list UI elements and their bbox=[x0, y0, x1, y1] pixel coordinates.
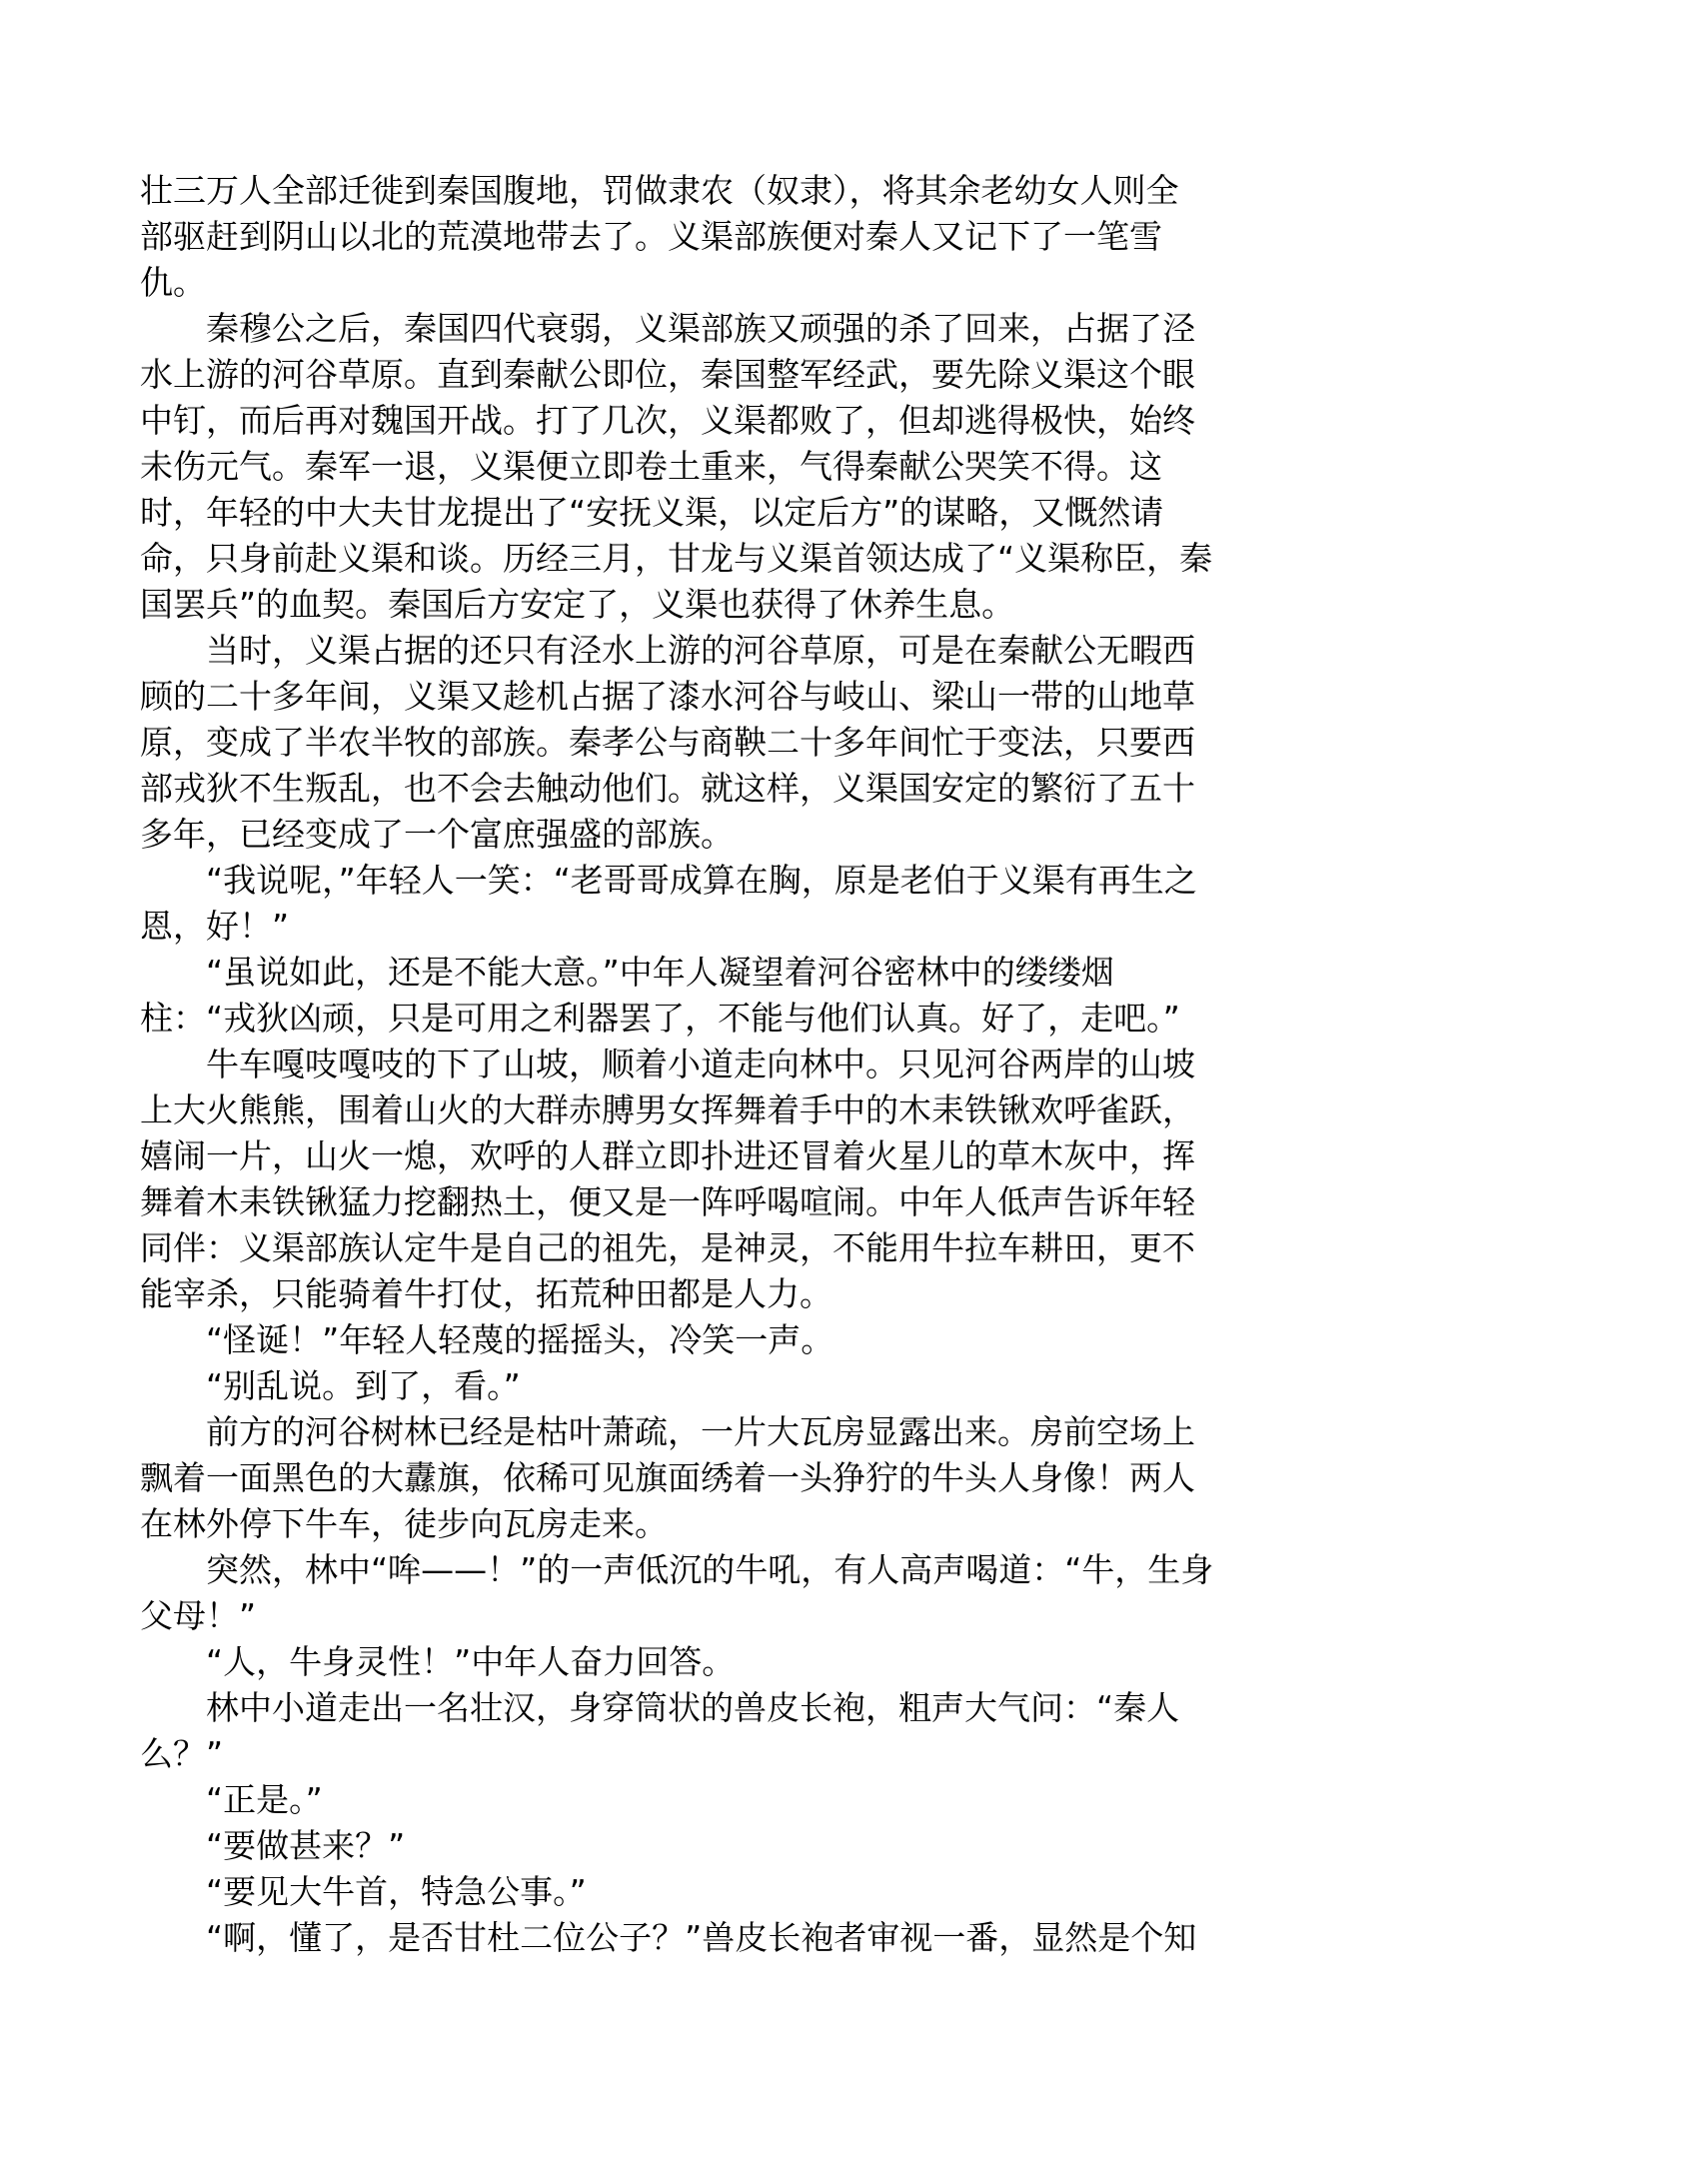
text-line: 在林外停下牛车，徒步向瓦房走来。 bbox=[140, 1501, 1249, 1547]
text-line: 同伴：义渠部族认定牛是自己的祖先，是神灵，不能用牛拉车耕田，更不 bbox=[140, 1225, 1249, 1271]
text-line: “别乱说。到了，看。” bbox=[140, 1363, 1249, 1409]
text-line: 部驱赶到阴山以北的荒漠地带去了。义渠部族便对秦人又记下了一笔雪 bbox=[140, 214, 1249, 260]
paragraph: “我说呢，”年轻人一笑：“老哥哥成算在胸，原是老伯于义渠有再生之恩，好！” bbox=[140, 858, 1249, 950]
text-line: “正是。” bbox=[140, 1777, 1249, 1823]
paragraph: “正是。” bbox=[140, 1777, 1249, 1823]
text-line: “要见大牛首，特急公事。” bbox=[140, 1869, 1249, 1915]
text-line: 嬉闹一片，山火一熄，欢呼的人群立即扑进还冒着火星儿的草木灰中，挥 bbox=[140, 1133, 1249, 1179]
text-line: 么？” bbox=[140, 1731, 1249, 1777]
text-line: “怪诞！”年轻人轻蔑的摇摇头，冷笑一声。 bbox=[140, 1317, 1249, 1363]
paragraph: 前方的河谷树林已经是枯叶萧疏，一片大瓦房显露出来。房前空场上飘着一面黑色的大纛旗… bbox=[140, 1409, 1249, 1547]
text-line: 水上游的河谷草原。直到秦献公即位，秦国整军经武，要先除义渠这个眼 bbox=[140, 352, 1249, 398]
paragraph: 林中小道走出一名壮汉，身穿筒状的兽皮长袍，粗声大气问：“秦人么？” bbox=[140, 1685, 1249, 1777]
text-line: 当时，义渠占据的还只有泾水上游的河谷草原，可是在秦献公无暇西 bbox=[140, 628, 1249, 674]
paragraph: “人，牛身灵性！”中年人奋力回答。 bbox=[140, 1639, 1249, 1685]
text-line: 顾的二十多年间，义渠又趁机占据了漆水河谷与岐山、梁山一带的山地草 bbox=[140, 674, 1249, 720]
text-line: “啊，懂了，是否甘杜二位公子？”兽皮长袍者审视一番，显然是个知 bbox=[140, 1915, 1249, 1961]
text-line: 命，只身前赴义渠和谈。历经三月，甘龙与义渠首领达成了“义渠称臣，秦 bbox=[140, 536, 1249, 582]
text-line: 牛车嘎吱嘎吱的下了山坡，顺着小道走向林中。只见河谷两岸的山坡 bbox=[140, 1042, 1249, 1088]
text-line: 突然，林中“哞——！”的一声低沉的牛吼，有人高声喝道：“牛，生身 bbox=[140, 1547, 1249, 1593]
text-line: 秦穆公之后，秦国四代衰弱，义渠部族又顽强的杀了回来，占据了泾 bbox=[140, 306, 1249, 352]
text-line: 壮三万人全部迁徙到秦国腹地，罚做隶农（奴隶），将其余老幼女人则全 bbox=[140, 168, 1249, 214]
paragraph: “啊，懂了，是否甘杜二位公子？”兽皮长袍者审视一番，显然是个知 bbox=[140, 1915, 1249, 1961]
text-line: “我说呢，”年轻人一笑：“老哥哥成算在胸，原是老伯于义渠有再生之 bbox=[140, 858, 1249, 904]
text-line: 能宰杀，只能骑着牛打仗，拓荒种田都是人力。 bbox=[140, 1271, 1249, 1317]
text-line: 林中小道走出一名壮汉，身穿筒状的兽皮长袍，粗声大气问：“秦人 bbox=[140, 1685, 1249, 1731]
text-line: “要做甚来？” bbox=[140, 1823, 1249, 1869]
text-line: 上大火熊熊，围着山火的大群赤膊男女挥舞着手中的木耒铁锹欢呼雀跃， bbox=[140, 1088, 1249, 1133]
text-line: 多年，已经变成了一个富庶强盛的部族。 bbox=[140, 812, 1249, 858]
text-line: 时，年轻的中大夫甘龙提出了“安抚义渠，以定后方”的谋略，又慨然请 bbox=[140, 490, 1249, 536]
paragraph: “要见大牛首，特急公事。” bbox=[140, 1869, 1249, 1915]
paragraph: 牛车嘎吱嘎吱的下了山坡，顺着小道走向林中。只见河谷两岸的山坡上大火熊熊，围着山火… bbox=[140, 1042, 1249, 1317]
body-text: 壮三万人全部迁徙到秦国腹地，罚做隶农（奴隶），将其余老幼女人则全部驱赶到阴山以北… bbox=[140, 168, 1249, 1961]
paragraph: 突然，林中“哞——！”的一声低沉的牛吼，有人高声喝道：“牛，生身父母！” bbox=[140, 1547, 1249, 1639]
paragraph: 壮三万人全部迁徙到秦国腹地，罚做隶农（奴隶），将其余老幼女人则全部驱赶到阴山以北… bbox=[140, 168, 1249, 306]
text-line: 部戎狄不生叛乱，也不会去触动他们。就这样，义渠国安定的繁衍了五十 bbox=[140, 766, 1249, 812]
text-line: 原，变成了半农半牧的部族。秦孝公与商鞅二十多年间忙于变法，只要西 bbox=[140, 720, 1249, 766]
paragraph: 秦穆公之后，秦国四代衰弱，义渠部族又顽强的杀了回来，占据了泾水上游的河谷草原。直… bbox=[140, 306, 1249, 628]
text-line: 柱：“戎狄凶顽，只是可用之利器罢了，不能与他们认真。好了，走吧。” bbox=[140, 996, 1249, 1042]
document-page: 壮三万人全部迁徙到秦国腹地，罚做隶农（奴隶），将其余老幼女人则全部驱赶到阴山以北… bbox=[0, 0, 1687, 2184]
text-line: “虽说如此，还是不能大意。”中年人凝望着河谷密林中的缕缕烟 bbox=[140, 950, 1249, 996]
text-line: 舞着木耒铁锹猛力挖翻热土，便又是一阵呼喝喧闹。中年人低声告诉年轻 bbox=[140, 1179, 1249, 1225]
paragraph: 当时，义渠占据的还只有泾水上游的河谷草原，可是在秦献公无暇西顾的二十多年间，义渠… bbox=[140, 628, 1249, 858]
paragraph: “虽说如此，还是不能大意。”中年人凝望着河谷密林中的缕缕烟柱：“戎狄凶顽，只是可… bbox=[140, 950, 1249, 1042]
text-line: 仇。 bbox=[140, 260, 1249, 306]
text-line: 未伤元气。秦军一退，义渠便立即卷土重来，气得秦献公哭笑不得。这 bbox=[140, 444, 1249, 490]
text-line: 恩，好！” bbox=[140, 904, 1249, 950]
text-line: 前方的河谷树林已经是枯叶萧疏，一片大瓦房显露出来。房前空场上 bbox=[140, 1409, 1249, 1455]
text-line: 国罢兵”的血契。秦国后方安定了，义渠也获得了休养生息。 bbox=[140, 582, 1249, 628]
paragraph: “别乱说。到了，看。” bbox=[140, 1363, 1249, 1409]
text-line: 中钉，而后再对魏国开战。打了几次，义渠都败了，但却逃得极快，始终 bbox=[140, 398, 1249, 444]
text-line: “人，牛身灵性！”中年人奋力回答。 bbox=[140, 1639, 1249, 1685]
paragraph: “要做甚来？” bbox=[140, 1823, 1249, 1869]
text-line: 飘着一面黑色的大纛旗，依稀可见旗面绣着一头狰狞的牛头人身像！两人 bbox=[140, 1455, 1249, 1501]
text-line: 父母！” bbox=[140, 1593, 1249, 1639]
paragraph: “怪诞！”年轻人轻蔑的摇摇头，冷笑一声。 bbox=[140, 1317, 1249, 1363]
